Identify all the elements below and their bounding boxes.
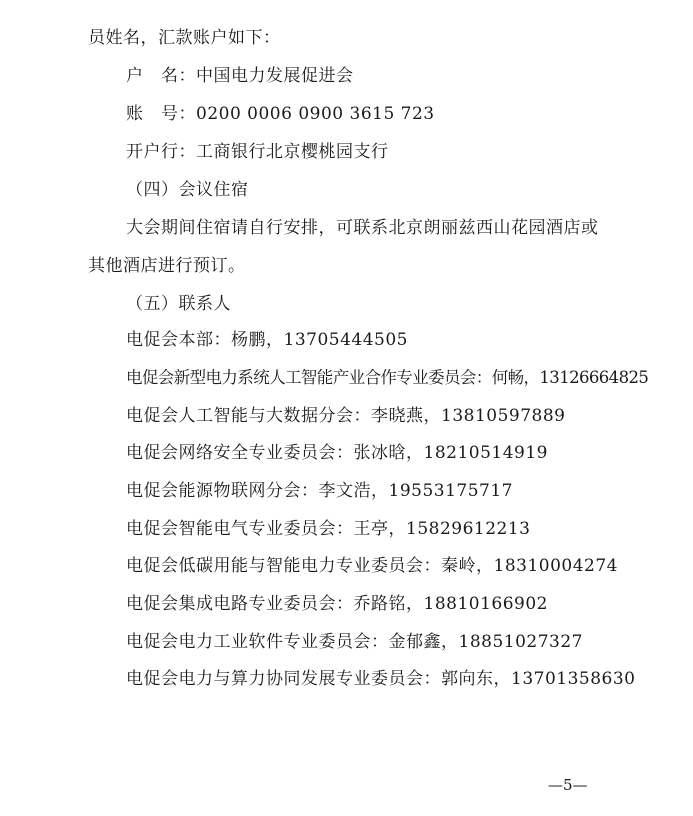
contact-line: 电促会电力与算力协同发展专业委员会：郭向东，13701358630 <box>126 668 635 690</box>
section-heading-accommodation: （四）会议住宿 <box>126 179 249 201</box>
contact-line: 电促会能源物联网分会：李文浩，19553175717 <box>126 480 513 502</box>
contact-line: 电促会新型电力系统人工智能产业合作专业委员会：何畅，13126664825 <box>126 367 648 389</box>
section-heading-contacts: （五）联系人 <box>126 293 231 315</box>
contact-line: 电促会低碳用能与智能电力专业委员会：秦岭，18310004274 <box>126 555 618 577</box>
document-page: 员姓名，汇款账户如下： 户 名：中国电力发展促进会 账 号：0200 0006 … <box>0 0 693 816</box>
page-number: —5— <box>548 775 588 795</box>
continuation-line: 员姓名，汇款账户如下： <box>88 27 281 49</box>
accommodation-paragraph-line-2: 其他酒店进行预订。 <box>88 255 246 277</box>
contact-line: 电促会电力工业软件专业委员会：金郁鑫，18851027327 <box>126 631 583 653</box>
contact-line: 电促会人工智能与大数据分会：李晓燕，13810597889 <box>126 405 565 427</box>
bank-line: 开户行：工商银行北京樱桃园支行 <box>126 141 389 163</box>
contact-line: 电促会本部：杨鹏，13705444505 <box>126 329 408 351</box>
account-number-line: 账 号：0200 0006 0900 3615 723 <box>126 103 435 125</box>
account-name-line: 户 名：中国电力发展促进会 <box>126 65 354 87</box>
accommodation-paragraph-line-1: 大会期间住宿请自行安排，可联系北京朗丽兹西山花园酒店或 <box>126 217 599 239</box>
contact-line: 电促会智能电气专业委员会：王亭，15829612213 <box>126 518 530 540</box>
contact-line: 电促会集成电路专业委员会：乔路铭，18810166902 <box>126 593 548 615</box>
contact-line: 电促会网络安全专业委员会：张冰晗，18210514919 <box>126 442 548 464</box>
